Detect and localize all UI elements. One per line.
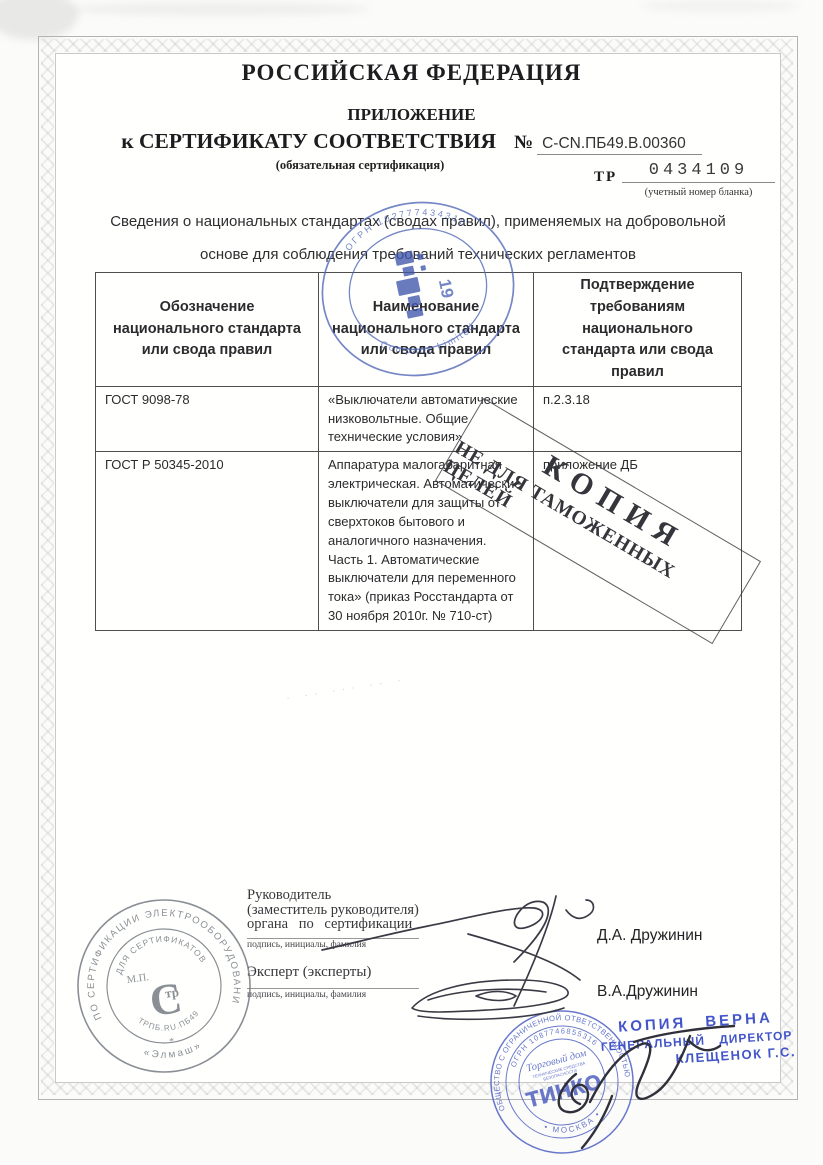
blank-number: 0434109 xyxy=(622,161,775,183)
cell-confirmation: п.2.3.18 xyxy=(534,386,742,452)
number-sign: № xyxy=(514,132,533,153)
col-header-confirmation: Подтверждение требованиям национального … xyxy=(534,273,742,387)
blank-number-note: (учетный номер бланка) xyxy=(622,187,775,198)
stamp-glyph-blocks xyxy=(390,248,435,319)
company-oval-stamp: ОГРН 102777434310 Company Limited 19 xyxy=(312,193,524,385)
mandatory-certification-note: (обязательная сертификация) xyxy=(40,158,680,173)
svg-text:Company Limited: Company Limited xyxy=(377,319,482,365)
director-signature-ink xyxy=(538,1010,753,1155)
doc-type-title: ПРИЛОЖЕНИЕ xyxy=(0,105,823,125)
scan-smudge xyxy=(70,2,370,16)
org-stamp-logo-small: тр xyxy=(164,984,180,1001)
org-stamp-star: * xyxy=(169,1036,175,1048)
table-row: ГОСТ 9098-78 «Выключатели автоматические… xyxy=(96,386,742,452)
org-stamp-inner-top: ДЛЯ СЕРТИФИКАТОВ xyxy=(109,928,209,977)
certificate-number: С-CN.ПБ49.В.00360 xyxy=(537,135,702,155)
stamp-rotated-number: 19 xyxy=(435,277,458,299)
certificate-title: к СЕРТИФИКАТУ СООТВЕТСТВИЯ xyxy=(121,129,496,153)
svg-text:ДЛЯ СЕРТИФИКАТОВ: ДЛЯ СЕРТИФИКАТОВ xyxy=(109,928,209,977)
scan-smudge xyxy=(640,0,800,12)
stamp-company-arc: Company Limited xyxy=(377,319,482,365)
tr-label: ТР xyxy=(594,169,617,186)
col-header-designation: Обозначение национального стандарта или … xyxy=(96,273,319,387)
certificate-title-line: к СЕРТИФИКАТУ СООТВЕТСТВИЯ № С-CN.ПБ49.В… xyxy=(0,129,823,154)
cell-designation: ГОСТ Р 50345-2010 xyxy=(96,452,319,631)
cell-designation: ГОСТ 9098-78 xyxy=(96,386,319,452)
certification-body-round-stamp: ОРГАН ПО СЕРТИФИКАЦИИ ЭЛЕКТРООБОРУДОВАНИ… xyxy=(70,892,258,1080)
scan-smudge xyxy=(0,0,78,40)
scanned-certificate-page: { "header": { "country": "РОССИЙСКАЯ ФЕД… xyxy=(0,0,823,1165)
page-title: РОССИЙСКАЯ ФЕДЕРАЦИЯ xyxy=(0,60,823,86)
